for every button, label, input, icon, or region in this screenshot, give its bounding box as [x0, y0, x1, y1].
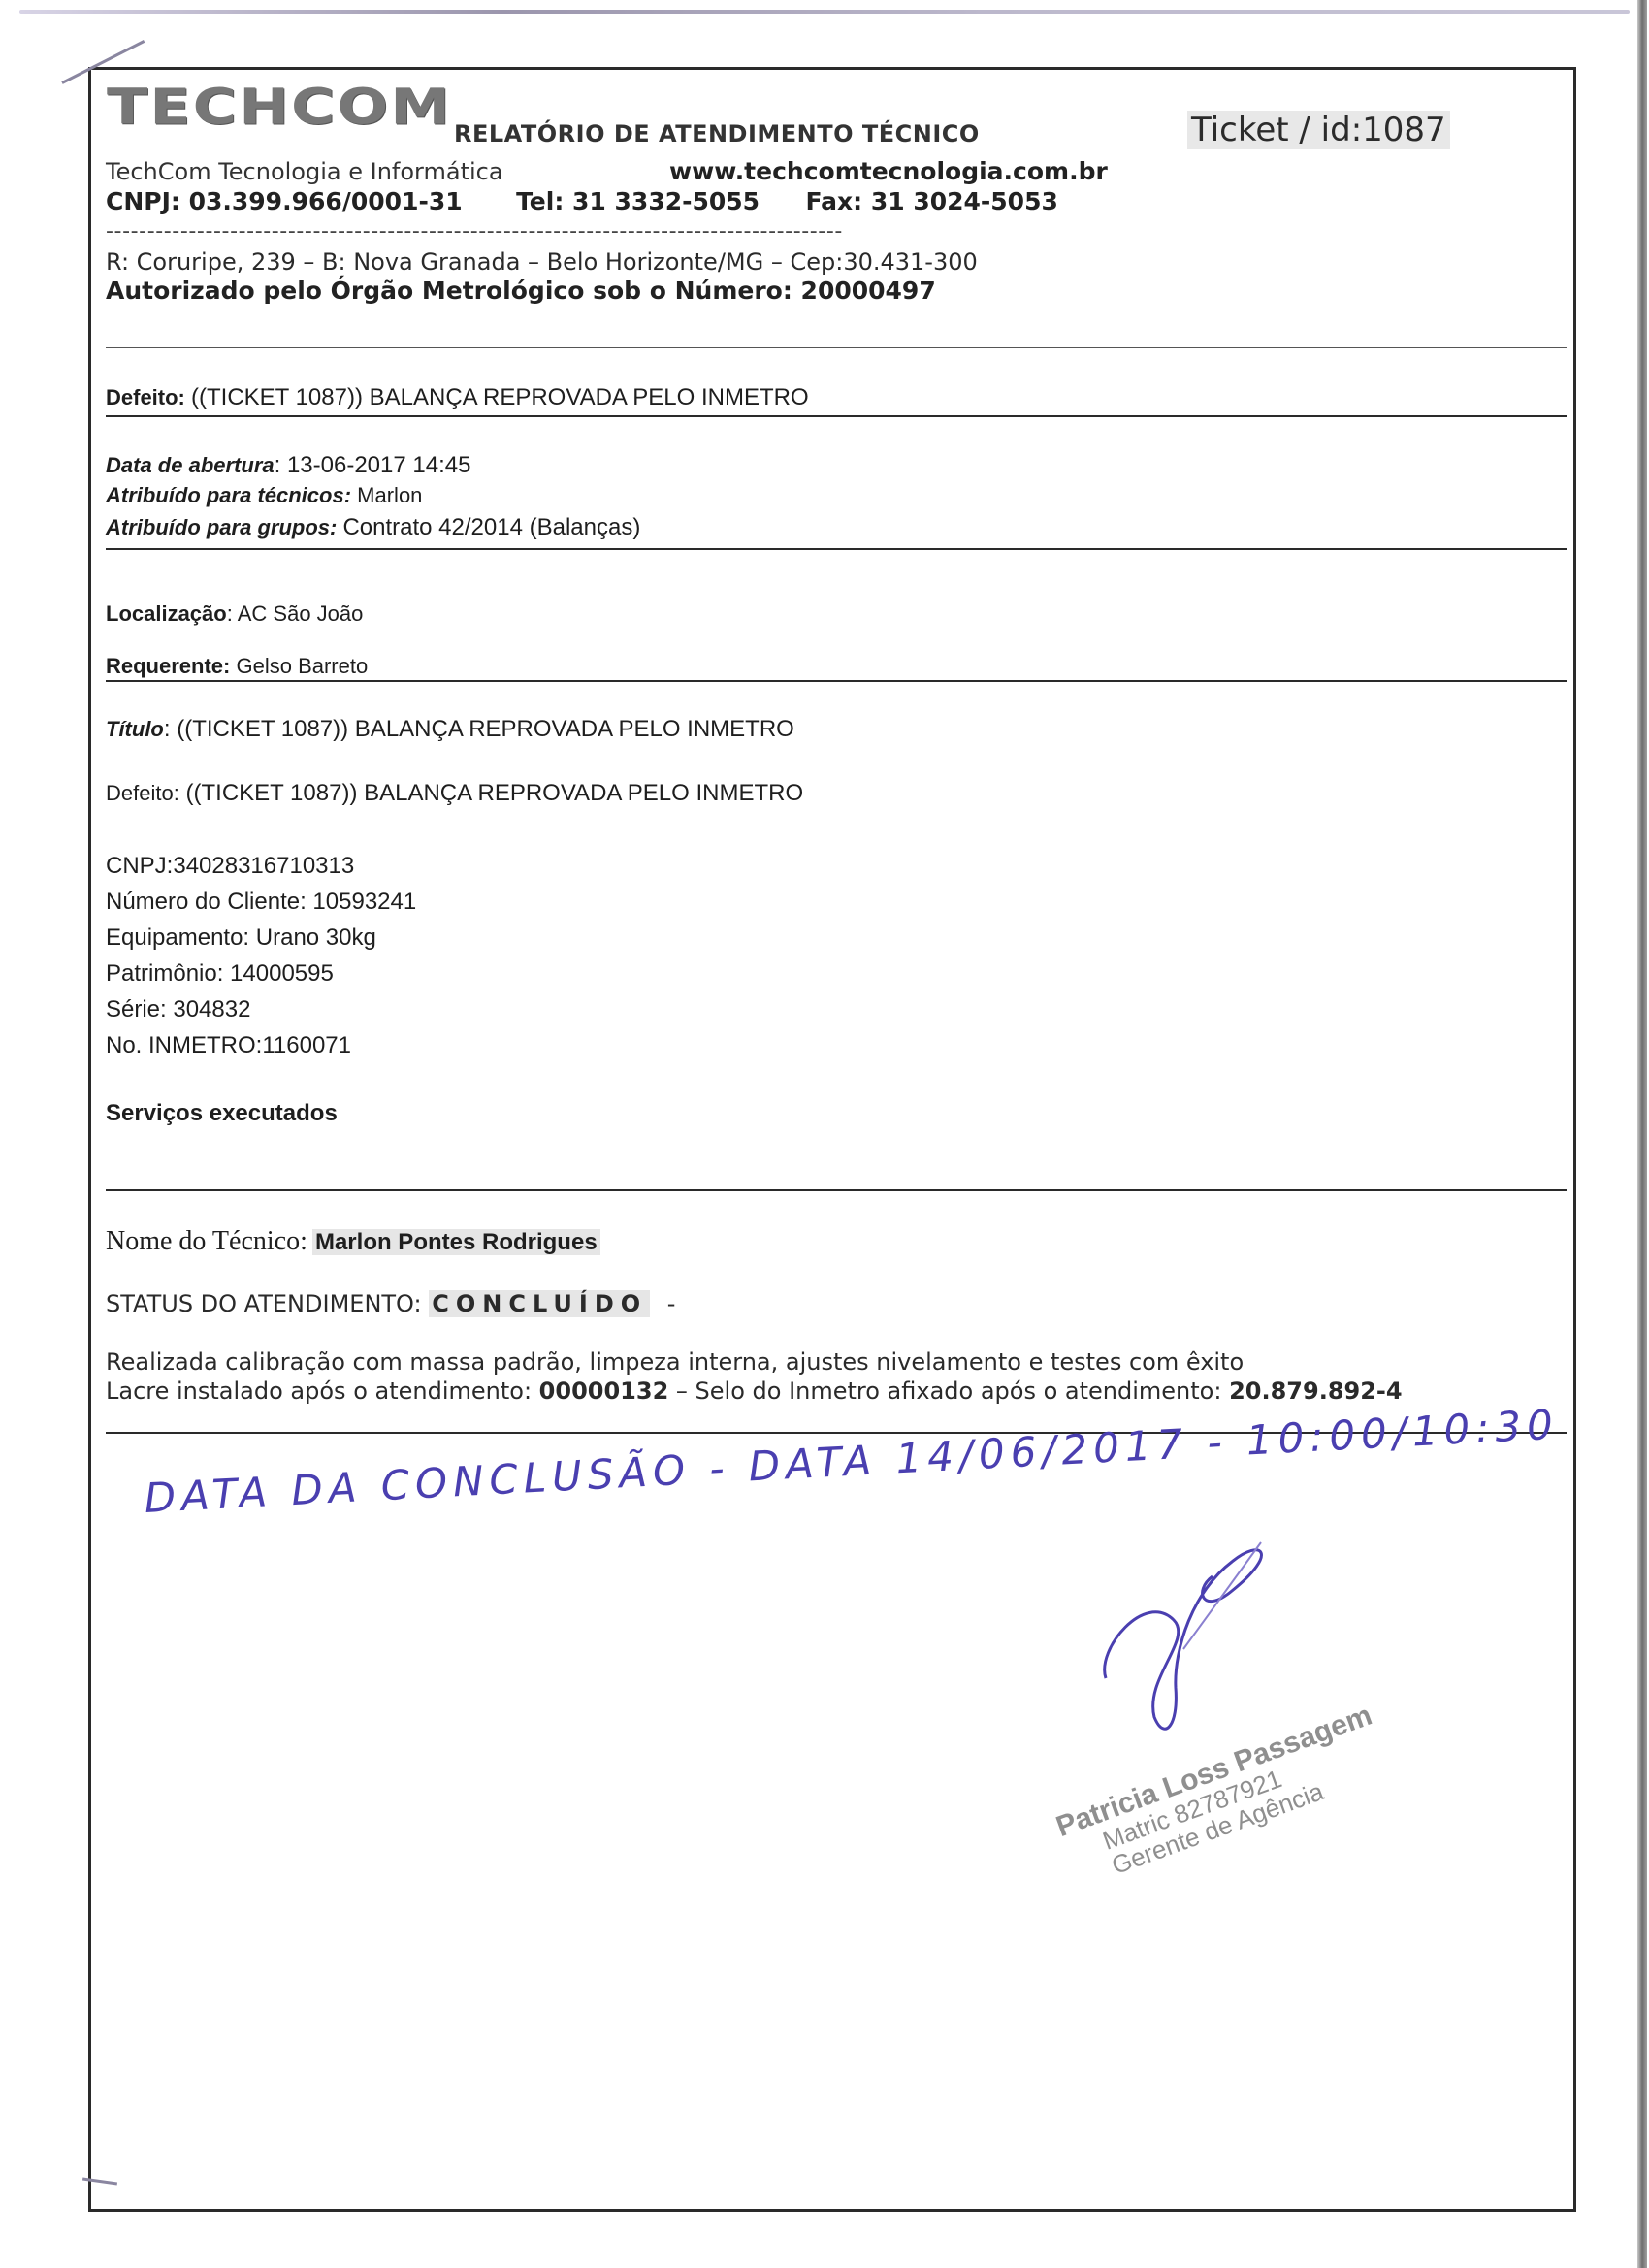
- company-fax: Fax: 31 3024-5053: [806, 187, 1058, 215]
- field-asset-number: Patrimônio: 14000595: [106, 956, 416, 991]
- field-equipment: Equipamento: Urano 30kg: [106, 920, 416, 956]
- field-client-number: Número do Cliente: 10593241: [106, 884, 416, 920]
- scan-edge-right: [1637, 0, 1647, 2268]
- defect-header-label: Defeito:: [106, 385, 185, 409]
- technician-name-label: Nome do Técnico:: [106, 1226, 307, 1256]
- divider: [106, 680, 1567, 682]
- opened-date: Data de abertura: 13-06-2017 14:45: [106, 452, 470, 479]
- divider: [106, 415, 1567, 417]
- requester-label: Requerente:: [106, 654, 230, 678]
- inmetro-seal-number: 20.879.892-4: [1229, 1377, 1403, 1405]
- location: Localização: AC São João: [106, 601, 363, 627]
- service-status-badge: CONCLUÍDO: [429, 1290, 650, 1317]
- defect-header: Defeito: ((TICKET 1087)) BALANÇA REPROVA…: [106, 384, 809, 411]
- requester: Requerente: Gelso Barreto: [106, 654, 368, 679]
- divider: [106, 1189, 1567, 1191]
- ticket-defect-value: ((TICKET 1087)) BALANÇA REPROVADA PELO I…: [186, 780, 804, 806]
- scan-edge-top: [19, 10, 1630, 14]
- defect-header-value: ((TICKET 1087)) BALANÇA REPROVADA PELO I…: [191, 384, 809, 410]
- company-address: R: Coruripe, 239 – B: Nova Granada – Bel…: [106, 248, 978, 275]
- ticket-defect: Defeito: ((TICKET 1087)) BALANÇA REPROVA…: [106, 780, 803, 807]
- field-client-cnpj: CNPJ:34028316710313: [106, 848, 416, 884]
- company-tel: Tel: 31 3332-5055: [516, 187, 760, 215]
- company-cnpj: CNPJ: 03.399.966/0001-31: [106, 187, 463, 215]
- service-status-label: STATUS DO ATENDIMENTO:: [106, 1290, 422, 1317]
- ticket-title-label: Título: [106, 717, 164, 741]
- service-status: STATUS DO ATENDIMENTO: CONCLUÍDO -: [106, 1290, 675, 1317]
- opened-date-label: Data de abertura: [106, 453, 275, 477]
- service-summary: Realizada calibração com massa padrão, l…: [106, 1348, 1244, 1376]
- seal-info: Lacre instalado após o atendimento: 0000…: [106, 1377, 1403, 1405]
- technician-name-value: Marlon Pontes Rodrigues: [312, 1229, 600, 1255]
- assigned-technicians-value: Marlon: [357, 483, 422, 507]
- assigned-technicians: Atribuído para técnicos: Marlon: [106, 483, 422, 508]
- dashed-separator: ----------------------------------------…: [106, 219, 843, 243]
- service-status-suffix: -: [667, 1290, 676, 1317]
- seal-label: Lacre instalado após o atendimento:: [106, 1377, 532, 1405]
- company-website[interactable]: www.techcomtecnologia.com.br: [669, 157, 1108, 185]
- location-value: : AC São João: [227, 601, 364, 626]
- report-title: RELATÓRIO DE ATENDIMENTO TÉCNICO: [454, 120, 980, 147]
- services-heading: Serviços executados: [106, 1100, 338, 1127]
- location-label: Localização: [106, 601, 227, 626]
- divider: [106, 347, 1567, 348]
- assigned-technicians-label: Atribuído para técnicos:: [106, 483, 351, 507]
- ticket-defect-label: Defeito:: [106, 781, 179, 805]
- technician-name: Nome do Técnico: Marlon Pontes Rodrigues: [106, 1226, 600, 1257]
- field-serial: Série: 304832: [106, 991, 416, 1027]
- signature: [1086, 1533, 1300, 1746]
- techcom-logo: TECHCOM: [107, 78, 452, 136]
- inmetro-seal-label: – Selo do Inmetro afixado após o atendim…: [676, 1377, 1222, 1405]
- ticket-title-value: : ((TICKET 1087)) BALANÇA REPROVADA PELO…: [164, 716, 794, 742]
- ticket-title: Título: ((TICKET 1087)) BALANÇA REPROVAD…: [106, 716, 794, 743]
- ticket-id: Ticket / id:1087: [1187, 111, 1450, 149]
- assigned-groups: Atribuído para grupos: Contrato 42/2014 …: [106, 514, 640, 541]
- assigned-groups-label: Atribuído para grupos:: [106, 515, 337, 539]
- field-inmetro-number: No. INMETRO:1160071: [106, 1027, 416, 1063]
- requester-value: Gelso Barreto: [236, 654, 368, 678]
- opened-date-value: : 13-06-2017 14:45: [275, 452, 471, 478]
- company-name: TechCom Tecnologia e Informática: [106, 158, 503, 185]
- company-contacts: CNPJ: 03.399.966/0001-31 Tel: 31 3332-50…: [106, 187, 1058, 215]
- seal-number: 00000132: [539, 1377, 669, 1405]
- divider: [106, 548, 1567, 550]
- equipment-fields: CNPJ:34028316710313 Número do Cliente: 1…: [106, 848, 416, 1063]
- assigned-groups-value: Contrato 42/2014 (Balanças): [342, 514, 640, 540]
- metrology-authorization: Autorizado pelo Órgão Metrológico sob o …: [106, 276, 936, 305]
